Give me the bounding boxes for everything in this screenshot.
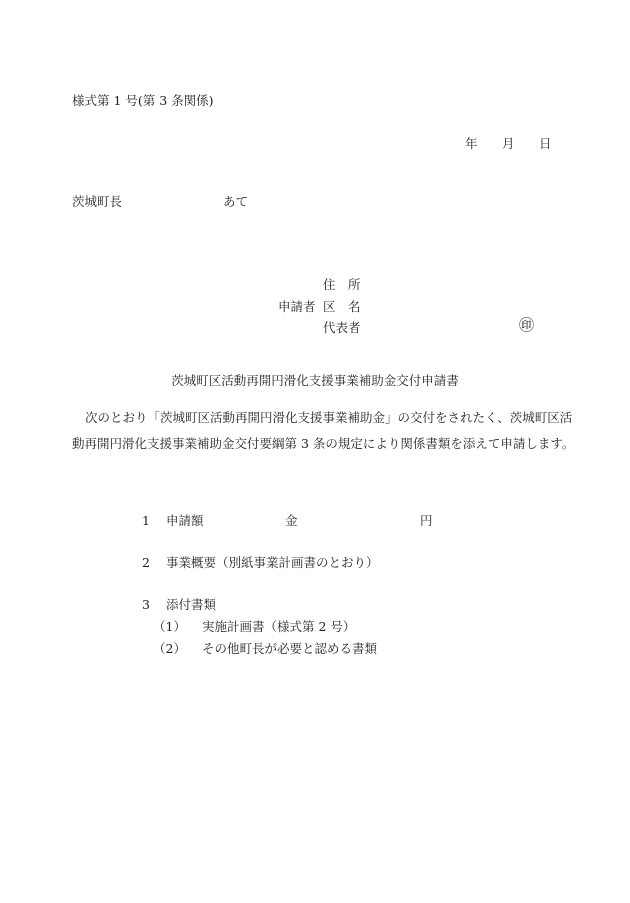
sub-item-text: 実施計画書（様式第 2 号） <box>202 619 355 635</box>
date-line: 年 月 日 <box>0 136 630 152</box>
item-number: 1 <box>142 513 150 529</box>
item-label: 申請額 <box>166 513 204 529</box>
sub-item-text: その他町長が必要と認める書類 <box>202 641 377 657</box>
applicant-label: 申請者 <box>278 299 316 315</box>
applicant-representative-label: 代表者 <box>323 320 361 336</box>
document-title: 茨城町区活動再開円滑化支援事業補助金交付申請書 <box>0 373 630 389</box>
item-label: 事業概要（別紙事業計画書のとおり） <box>166 555 379 571</box>
item-application-amount: 1 申請額 金 円 <box>0 513 630 529</box>
body-line-1: 次のとおり「茨城町区活動再開円滑化支援事業補助金」の交付をされたく、茨城町区活 <box>85 410 572 426</box>
month-label: 月 <box>502 136 515 152</box>
sub-item-number: （1） <box>153 619 186 635</box>
attachment-item-2: （2） その他町長が必要と認める書類 <box>0 641 630 657</box>
seal-stamp-icon: ㊞ <box>519 317 534 333</box>
sub-item-number: （2） <box>153 641 186 657</box>
applicant-address-label: 住 所 <box>323 277 361 293</box>
body-line-2: 動再開円滑化支援事業補助金交付要綱第 3 条の規定により関係書類を添えて申請しま… <box>72 436 574 452</box>
day-label: 日 <box>539 136 552 152</box>
form-number: 様式第 1 号(第 3 条関係) <box>72 93 214 109</box>
item-number: 3 <box>142 597 150 613</box>
item-number: 2 <box>142 555 150 571</box>
addressee-line: 茨城町長 あて <box>0 194 630 210</box>
addressee-suffix: あて <box>223 194 248 210</box>
year-label: 年 <box>465 136 478 152</box>
amount-currency-prefix: 金 <box>285 513 298 529</box>
item-business-overview: 2 事業概要（別紙事業計画書のとおり） <box>0 555 630 571</box>
amount-currency-suffix: 円 <box>420 513 433 529</box>
addressee-name: 茨城町長 <box>72 194 122 210</box>
item-attachments: 3 添付書類 <box>0 597 630 613</box>
item-label: 添付書類 <box>166 597 216 613</box>
application-form-page: 様式第 1 号(第 3 条関係) 年 月 日 茨城町長 あて 住 所 申請者 区… <box>0 0 630 903</box>
applicant-ward-label: 区 名 <box>323 299 361 315</box>
attachment-item-1: （1） 実施計画書（様式第 2 号） <box>0 619 630 635</box>
